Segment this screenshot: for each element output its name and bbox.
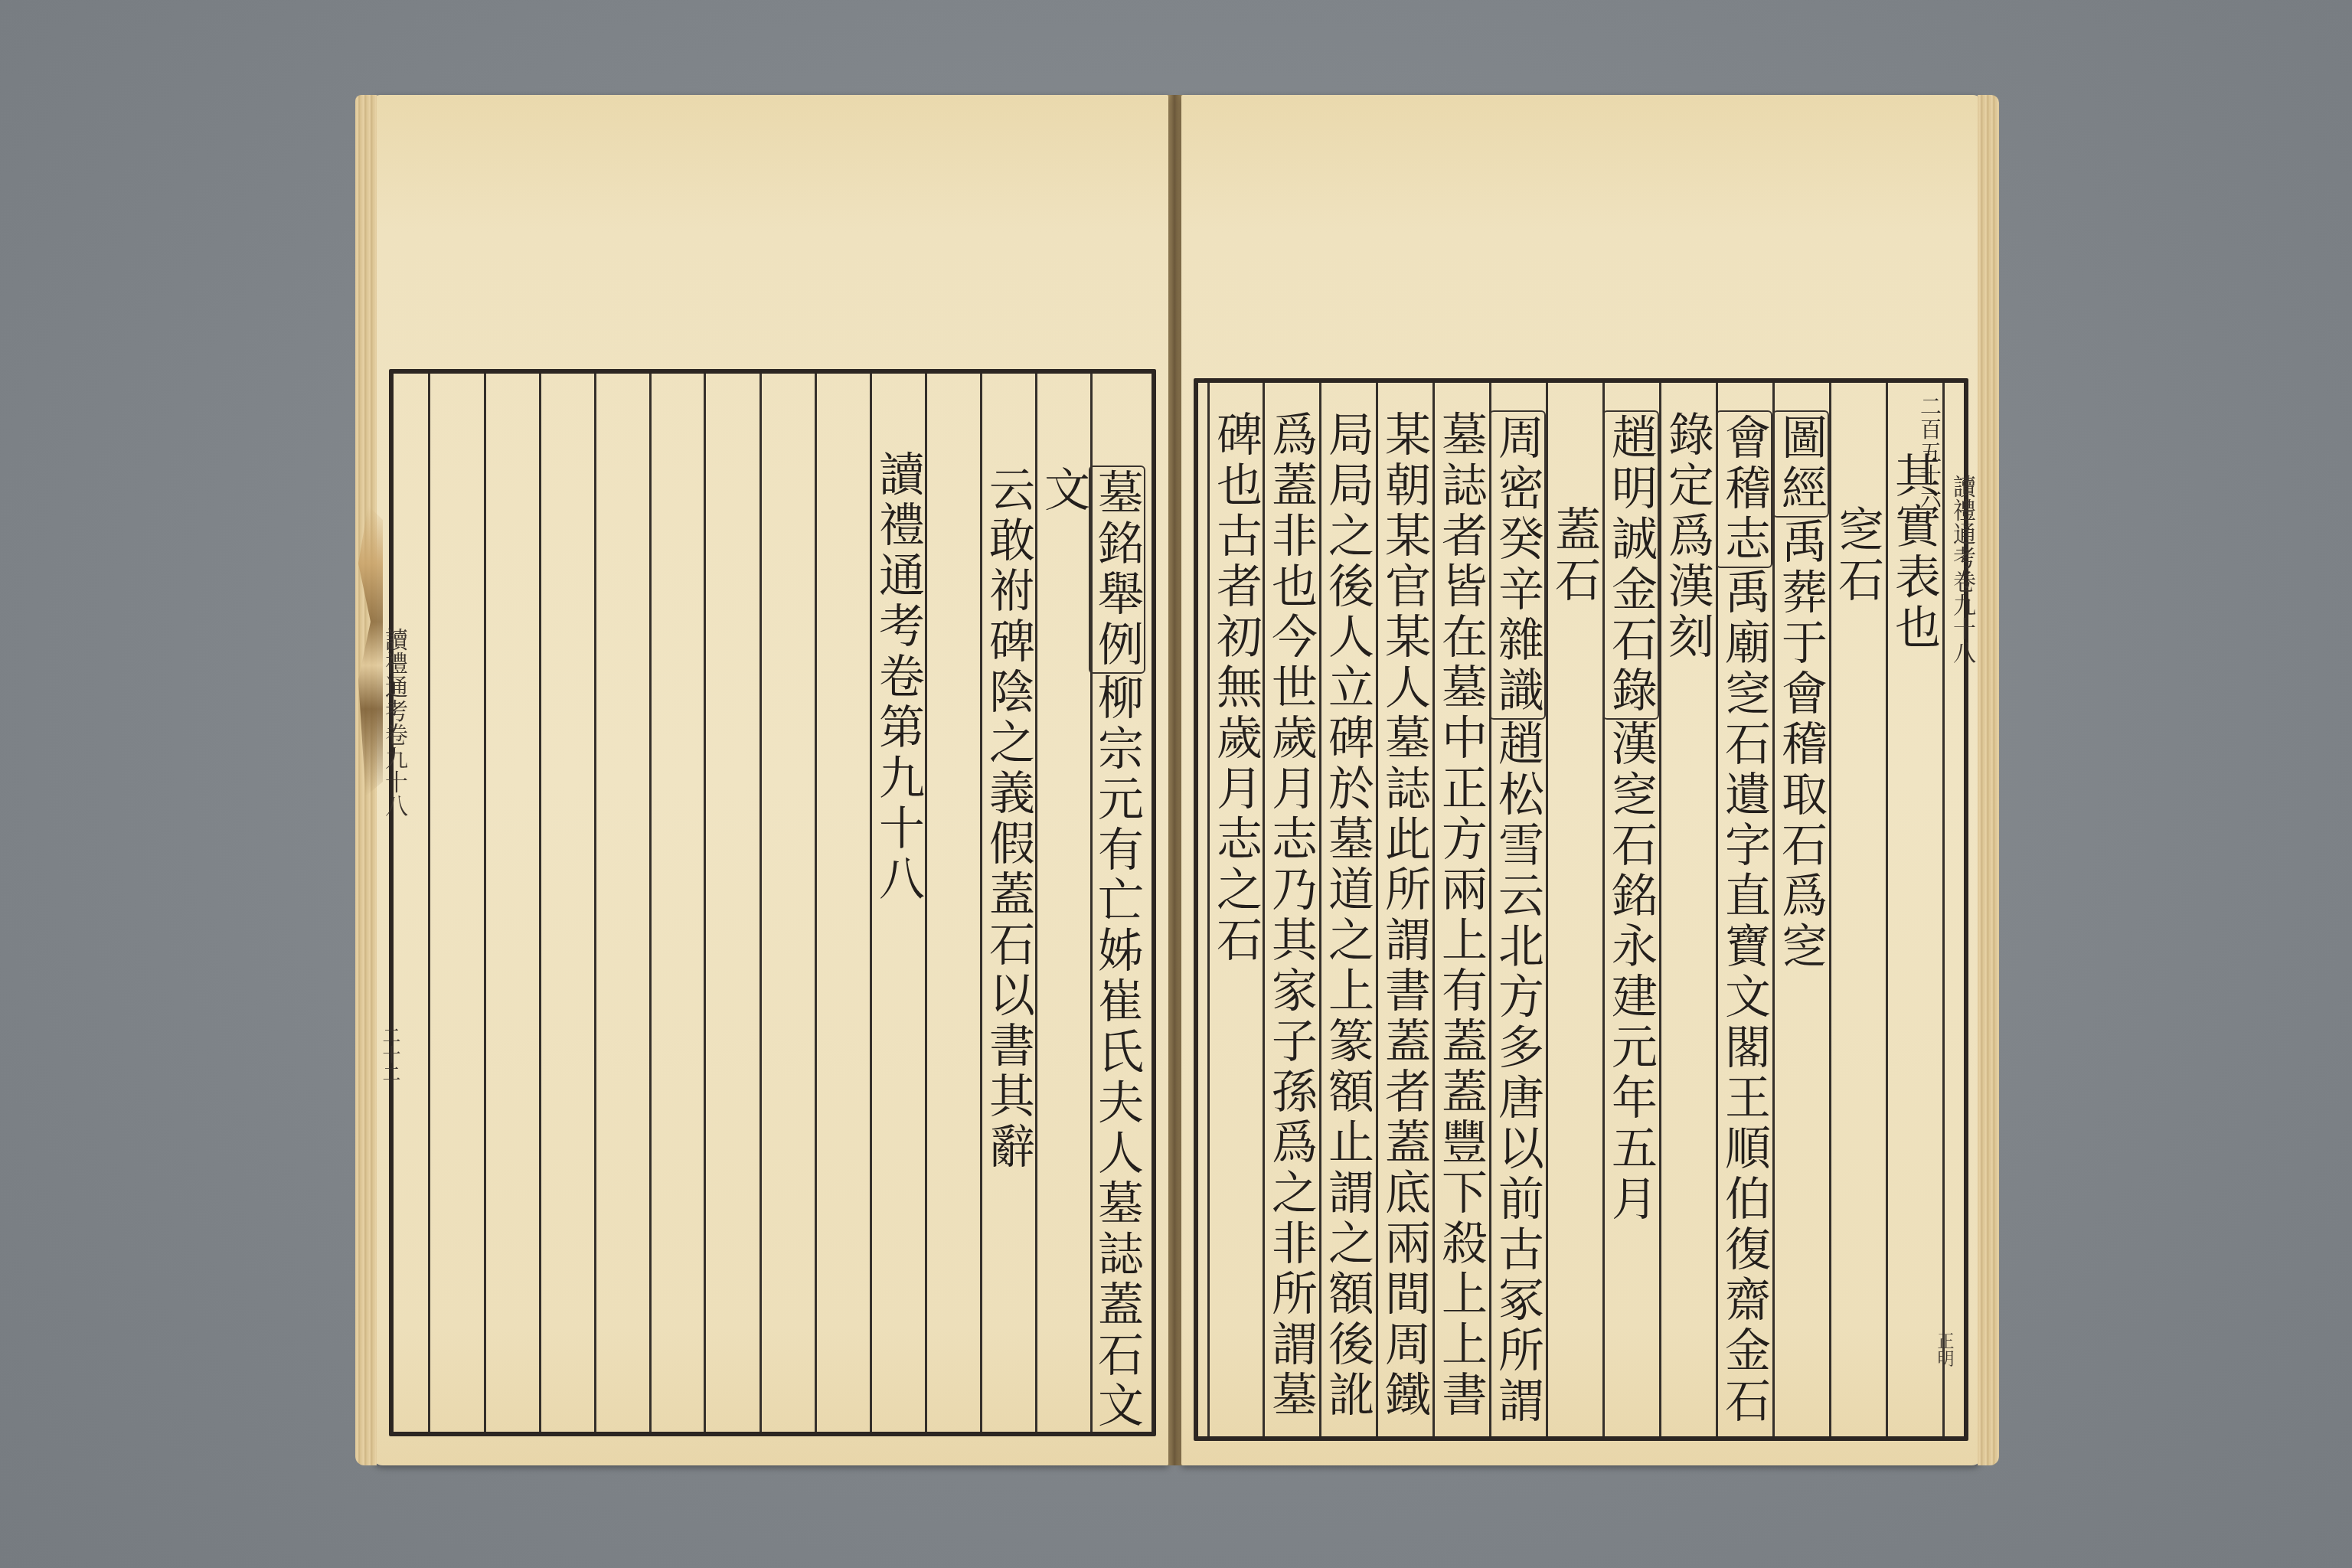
- column-rule: [704, 374, 706, 1432]
- source-citation: 趙明誠金石錄: [1602, 410, 1659, 720]
- text-column: 碑也古者初無歲月志之石: [1209, 410, 1263, 966]
- text-column: 圖經禹葬于會稽取石爲窆: [1774, 410, 1828, 972]
- text-column: 云敢祔碑陰之義假蓋石以書其辭: [982, 465, 1035, 1173]
- fold-title: 讀禮通考卷九十八: [377, 628, 410, 818]
- right-page-frame: 二百五十六 其實表也 窆石 圖經禹葬于會稽取石爲窆 會稽志禹廟窆石遺字直寶文閣王…: [1194, 378, 1968, 1441]
- right-page: 二百五十六 其實表也 窆石 圖經禹葬于會稽取石爲窆 會稽志禹廟窆石遺字直寶文閣王…: [1181, 95, 1982, 1465]
- left-page-frame: 讀禮通考卷第九十八 云敢祔碑陰之義假蓋石以書其辭 墓銘舉例柳宗元有亡姊崔氏夫人墓…: [389, 369, 1156, 1436]
- source-citation: 會稽志: [1716, 410, 1772, 568]
- volume-end-title: 讀禮通考卷第九十八: [871, 450, 925, 905]
- text-column: 墓誌者皆在墓中正方兩上有蓋蓋豐下殺上上書: [1434, 410, 1488, 1421]
- left-page: 讀禮通考卷第九十八 云敢祔碑陰之義假蓋石以書其辭 墓銘舉例柳宗元有亡姊崔氏夫人墓…: [372, 95, 1168, 1465]
- text-column: 墓銘舉例柳宗元有亡姊崔氏夫人墓誌蓋石文文: [1037, 465, 1144, 1432]
- fold-bottom-mark: 正明: [1932, 1332, 1956, 1367]
- text-column: 周密癸辛雜識趙松雪云北方多唐以前古冢所謂: [1491, 410, 1544, 1427]
- text-column: 局局之後人立碑於墓道之上篆額止謂之額後訛: [1321, 410, 1374, 1421]
- fold-title: 讀禮通考卷九十八: [1945, 475, 1978, 665]
- column-rule: [539, 374, 541, 1432]
- column-rule: [815, 374, 817, 1432]
- section-heading: 窆石: [1831, 505, 1884, 606]
- column-rule: [594, 374, 596, 1432]
- text-column: 錄定爲漢刻: [1661, 410, 1714, 663]
- source-citation: 圖經: [1772, 410, 1829, 518]
- text-column: 某朝某官某人墓誌此所謂書蓋者蓋底兩間周鐵: [1377, 410, 1431, 1421]
- column-rule: [428, 374, 430, 1432]
- fold-page-number: 二十二: [377, 1026, 403, 1083]
- source-citation: 周密癸辛雜識: [1489, 410, 1546, 720]
- section-heading: 蓋石: [1547, 505, 1601, 606]
- text-column: 爲蓋非也今世歲月志乃其家子孫爲之非所謂墓: [1264, 410, 1318, 1421]
- source-citation: 墓銘舉例: [1089, 465, 1145, 674]
- column-rule: [649, 374, 652, 1432]
- text-column: 會稽志禹廟窆石遺字直寶文閣王順伯復齋金石: [1717, 410, 1771, 1427]
- text-column: 其實表也: [1887, 452, 1941, 654]
- column-rule: [925, 374, 927, 1432]
- right-page-edge: [1978, 95, 1999, 1465]
- column-rule: [759, 374, 762, 1432]
- text-column: 趙明誠金石錄漢窆石銘永建元年五月: [1604, 410, 1658, 1225]
- column-rule: [484, 374, 486, 1432]
